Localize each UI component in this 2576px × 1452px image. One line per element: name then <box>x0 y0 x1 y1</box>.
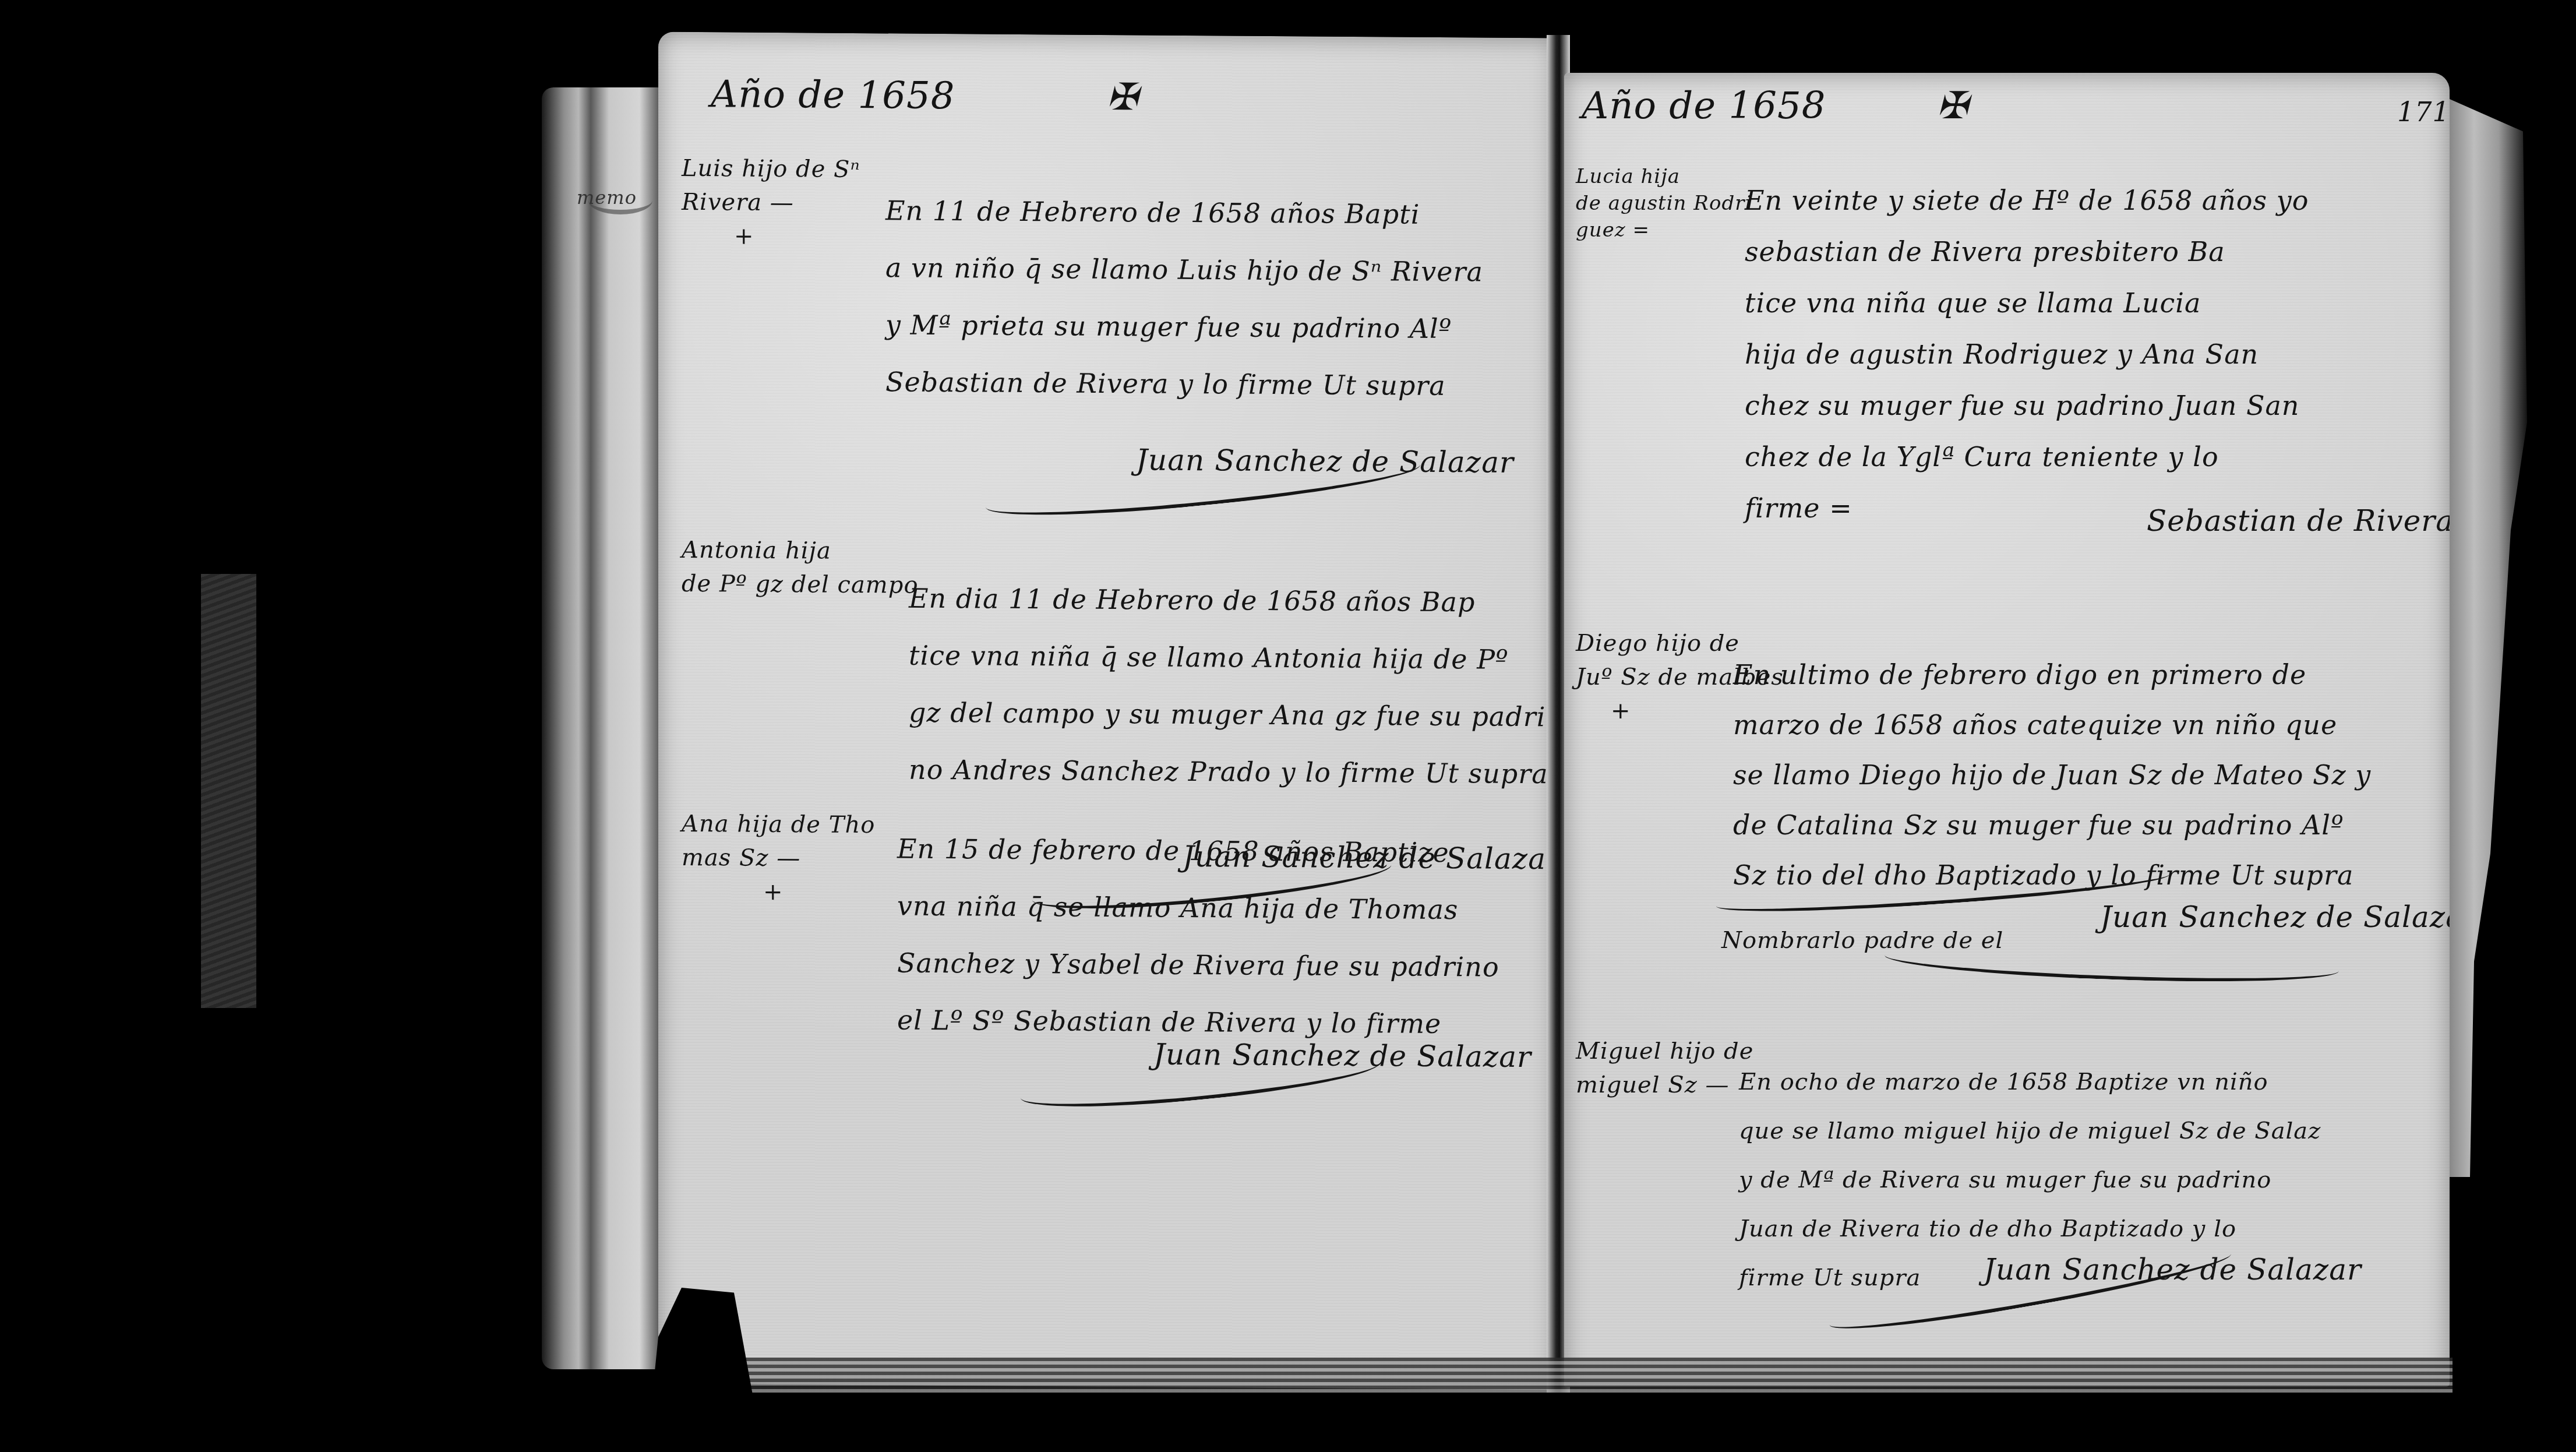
margin-line: Miguel hijo de <box>1576 1034 1753 1068</box>
manuscript-scan: memo Año de 1658 ✠ Luis hijo de Sⁿ River… <box>0 0 2576 1452</box>
margin-line: Luis hijo de Sⁿ <box>682 151 860 186</box>
left-page: Año de 1658 ✠ Luis hijo de Sⁿ Rivera — +… <box>658 32 1555 1390</box>
left-page-header: Año de 1658 ✠ <box>658 32 1555 38</box>
cross-icon: + <box>682 219 860 254</box>
margin-line: de Pº gz del campo <box>682 567 918 602</box>
entry-text: En 15 de febrero de 1658 años Baptize vn… <box>897 820 1499 1052</box>
entry-line: sebastian de Rivera presbitero Ba <box>1745 226 2309 277</box>
entry-line: En dia 11 de Hebrero de 1658 años Bap <box>909 570 1548 632</box>
entry-line: y de Mª de Rivera su muger fue su padrin… <box>1739 1155 2321 1204</box>
torn-leaves-right <box>2450 99 2531 1177</box>
entry-text: En veinte y siete de Hº de 1658 años yo … <box>1745 175 2309 534</box>
cross-mark-icon: ✠ <box>1937 84 1969 128</box>
entry-line: chez su muger fue su padrino Juan San <box>1745 380 2309 431</box>
margin-note: Ana hija de Tho mas Sz — + <box>682 807 875 910</box>
entry-line: hija de agustin Rodriguez y Ana San <box>1745 329 2309 380</box>
margin-line: guez = <box>1576 217 1752 244</box>
margin-line: Antonia hija <box>682 533 918 569</box>
margin-line: miguel Sz — <box>1576 1068 1753 1102</box>
margin-line: Rivera — <box>682 185 860 220</box>
margin-line: Lucia hija <box>1576 163 1752 190</box>
entry-line: no Andres Sanchez Prado y lo firme Ut su… <box>909 741 1548 803</box>
entry-line: En ultimo de febrero digo en primero de <box>1733 650 2371 700</box>
margin-line: de agustin Rodri <box>1576 190 1752 217</box>
entry-line: se llamo Diego hijo de Juan Sz de Mateo … <box>1733 750 2371 800</box>
year-heading: Año de 1658 <box>711 73 955 118</box>
signature-flourish <box>1884 939 2339 987</box>
entry-line: En 11 de Hebrero de 1658 años Bapti <box>885 182 1483 243</box>
entry-line: gz del campo y su muger Ana gz fue su pa… <box>909 684 1548 746</box>
entry-line: marzo de 1658 años catequize vn niño que <box>1733 700 2371 750</box>
page-bottom-edges <box>658 1358 2453 1393</box>
entry-text: En 11 de Hebrero de 1658 años Bapti a vn… <box>885 182 1483 414</box>
leaf-fragment-text: memo <box>577 186 637 209</box>
margin-note: Luis hijo de Sⁿ Rivera — + <box>682 151 860 254</box>
entry-text: En dia 11 de Hebrero de 1658 años Bap ti… <box>909 570 1548 803</box>
entry-line: y Mª prieta su muger fue su padrino Alº <box>885 296 1483 357</box>
cross-icon: + <box>682 875 875 910</box>
margin-note: Lucia hija de agustin Rodri guez = <box>1576 163 1752 244</box>
margin-line: Ana hija de Tho <box>682 807 875 842</box>
entry-line: En 15 de febrero de 1658 años Baptize <box>897 820 1499 881</box>
entry-line: Sebastian de Rivera y lo firme Ut supra <box>885 353 1483 414</box>
entry-line: Sanchez y Ysabel de Rivera fue su padrin… <box>897 934 1499 995</box>
entry-line: tice vna niña q̄ se llamo Antonia hija d… <box>909 627 1548 689</box>
cross-mark-icon: ✠ <box>1107 76 1139 119</box>
entry-line: En veinte y siete de Hº de 1658 años yo <box>1745 175 2309 226</box>
priest-signature: Sebastian de Rivera <box>2147 504 2454 538</box>
baptism-entry: Antonia hija de Pº gz del campo En dia 1… <box>658 32 1555 38</box>
stacked-leaves-left: memo <box>542 87 664 1369</box>
entry-line: chez de la Yglª Cura teniente y lo <box>1745 431 2309 482</box>
entry-line: En ocho de marzo de 1658 Baptize vn niño <box>1739 1058 2321 1106</box>
right-page: Año de 1658 ✠ 171 Lucia hija de agustin … <box>1564 73 2450 1387</box>
baptism-entry: Luis hijo de Sⁿ Rivera — + En 11 de Hebr… <box>658 32 1555 38</box>
entry-line: de Catalina Sz su muger fue su padrino A… <box>1733 800 2371 850</box>
entry-line: a vn niño q̄ se llamo Luis hijo de Sⁿ Ri… <box>885 239 1483 300</box>
entry-line: tice vna niña que se llama Lucia <box>1745 277 2309 329</box>
margin-note: Antonia hija de Pº gz del campo <box>682 533 918 602</box>
entry-line: vna niña q̄ se llamo Ana hija de Thomas <box>897 877 1499 938</box>
entry-text: En ultimo de febrero digo en primero de … <box>1733 650 2371 900</box>
year-heading: Año de 1658 <box>1582 84 1826 128</box>
margin-note: Miguel hijo de miguel Sz — <box>1576 1034 1753 1102</box>
folio-number: 171 <box>2397 96 2450 128</box>
baptism-entry: Ana hija de Tho mas Sz — + En 15 de febr… <box>658 32 1555 38</box>
margin-line: mas Sz — <box>682 841 875 876</box>
binding-cloth-strip <box>201 574 256 1008</box>
priest-signature: Juan Sanchez de Salazar <box>2100 900 2478 934</box>
entry-line: que se llamo miguel hijo de miguel Sz de… <box>1739 1106 2321 1155</box>
entry-line: Juan de Rivera tio de dho Baptizado y lo <box>1739 1204 2321 1253</box>
